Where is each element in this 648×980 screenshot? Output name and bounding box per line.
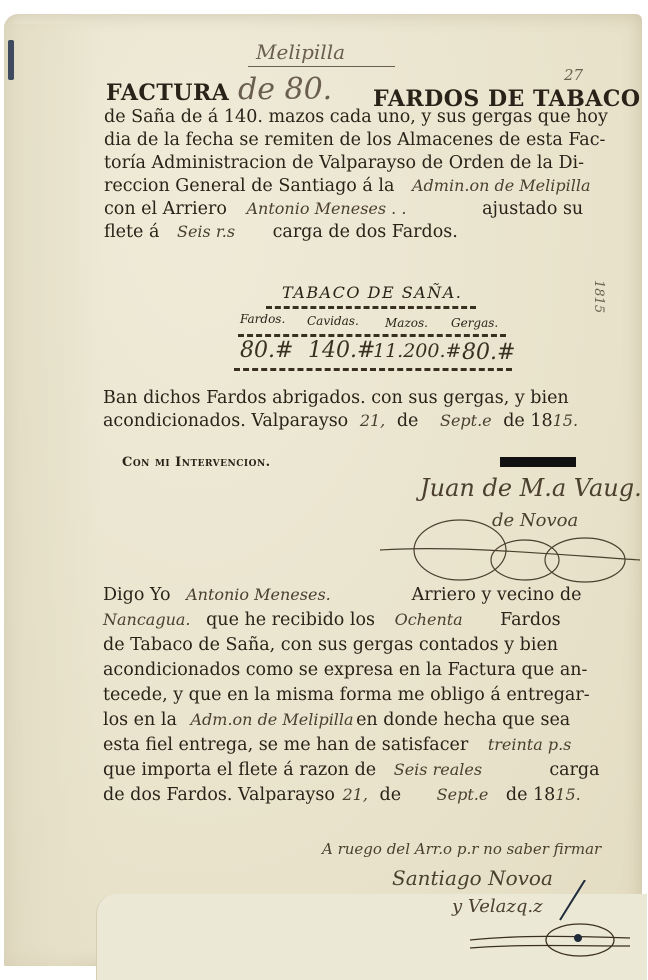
binding-edge bbox=[8, 40, 14, 80]
signature-flourish-2 bbox=[460, 880, 640, 960]
header-mazos: Mazos. bbox=[385, 316, 428, 330]
receipt-line-9: de dos Fardos. Valparayso 21, de Sept.e … bbox=[103, 785, 581, 805]
signature-juan: Juan de M.a Vaug. bbox=[420, 474, 642, 502]
arriero-text: con el Arriero bbox=[104, 199, 227, 219]
condition-line-1: Ban dichos Fardos abrigados. con sus ger… bbox=[103, 388, 569, 408]
value-fardos: 80.# bbox=[240, 338, 293, 363]
month-handwritten: Sept.e bbox=[440, 411, 492, 430]
page-fold-shadow bbox=[4, 24, 104, 966]
table-bottom-rule bbox=[234, 368, 512, 374]
receipt-de-text: de bbox=[380, 785, 402, 805]
table-title-rule bbox=[266, 306, 476, 312]
receipt-line-2: Nancagua. que he recibido los Ochenta Fa… bbox=[103, 610, 561, 630]
signature-flourish-1 bbox=[380, 500, 648, 590]
header-gergas: Gergas. bbox=[451, 316, 498, 330]
receipt-line-5: tecede, y que en la misma forma me oblig… bbox=[103, 685, 590, 705]
invoice-line-6: flete á Seis r.s carga de dos Fardos. bbox=[104, 222, 458, 242]
margin-note-melipilla: Melipilla bbox=[248, 40, 395, 67]
acondicionados-text: acondicionados. Valparayso bbox=[103, 411, 348, 431]
year-prefix: de 18 bbox=[503, 411, 552, 431]
receipt-line-6: los en la Adm.on de Melipilla en donde h… bbox=[103, 710, 570, 730]
destination-handwritten: Admin.on de Melipilla bbox=[412, 176, 591, 195]
receipt-line-4: acondicionados como se expresa en la Fac… bbox=[103, 660, 587, 680]
day-handwritten: 21, bbox=[360, 411, 385, 430]
invoice-line-2: dia de la fecha se remiten de los Almace… bbox=[104, 130, 605, 150]
invoice-title-prefix: FACTURA bbox=[106, 80, 229, 106]
redacted-name bbox=[500, 457, 576, 467]
fardos-text: Fardos bbox=[500, 610, 560, 630]
folio-number: 27 bbox=[564, 66, 583, 84]
value-mazos: 11.200.# bbox=[373, 340, 461, 362]
value-gergas: 80.# bbox=[462, 340, 515, 365]
receipt-day-handwritten: 21, bbox=[342, 785, 367, 804]
recibido-text: que he recibido los bbox=[206, 610, 375, 630]
receipt-line-8: que importa el flete á razon de Seis rea… bbox=[103, 760, 600, 780]
carga-text: carga de dos Fardos. bbox=[273, 222, 458, 242]
header-fardos: Fardos. bbox=[240, 312, 285, 326]
entrega-text: esta fiel entrega, se me han de satisfac… bbox=[103, 735, 468, 755]
de-text: de bbox=[397, 411, 419, 431]
flete-text: flete á bbox=[104, 222, 159, 242]
receipt-year-prefix: de 18 bbox=[506, 785, 555, 805]
receipt-year-handwritten: 15. bbox=[555, 785, 580, 804]
arriero-name-handwritten: Antonio Meneses . . bbox=[247, 199, 477, 218]
importa-text: que importa el flete á razon de bbox=[103, 760, 376, 780]
direccion-text: reccion General de Santiago á la bbox=[104, 176, 394, 196]
rate-handwritten: Seis reales bbox=[394, 760, 544, 779]
quantity-word-handwritten: Ochenta bbox=[395, 610, 495, 629]
receipt-arriero-handwritten: Antonio Meneses. bbox=[186, 585, 406, 604]
invoice-line-5: con el Arriero Antonio Meneses . . ajust… bbox=[104, 199, 583, 219]
condition-line-2: acondicionados. Valparayso 21, de Sept.e… bbox=[103, 411, 578, 431]
side-note-year: 1815 bbox=[591, 280, 606, 313]
receipt-line-3: de Tabaco de Saña, con sus gergas contad… bbox=[103, 635, 558, 655]
los-en-la-text: los en la bbox=[103, 710, 177, 730]
delivery-place-handwritten: Adm.on de Melipilla bbox=[190, 710, 350, 729]
invoice-line-4: reccion General de Santiago á la Admin.o… bbox=[104, 176, 591, 196]
en-donde-text: en donde hecha que sea bbox=[356, 710, 570, 730]
value-cavidas: 140.# bbox=[308, 338, 375, 363]
digo-yo-text: Digo Yo bbox=[103, 585, 171, 605]
ajustado-text: ajustado su bbox=[482, 199, 583, 219]
flete-handwritten: Seis r.s bbox=[177, 222, 267, 241]
header-cavidas: Cavidas. bbox=[307, 314, 359, 328]
receipt-month-handwritten: Sept.e bbox=[437, 785, 489, 804]
invoice-line-3: toría Administracion de Valparayso de Or… bbox=[104, 153, 584, 173]
intervention-label: Con mi Intervencion. bbox=[122, 455, 271, 470]
receipt-line-7: esta fiel entrega, se me han de satisfac… bbox=[103, 735, 571, 755]
invoice-line-1: de Saña de á 140. mazos cada uno, y sus … bbox=[104, 107, 608, 127]
arriero-vecino-text: Arriero y vecino de bbox=[412, 585, 582, 605]
closing-note-handwritten: A ruego del Arr.o p.r no saber firmar bbox=[322, 840, 601, 858]
dos-fardos-text: de dos Fardos. Valparayso bbox=[103, 785, 335, 805]
town-handwritten: Nancagua. bbox=[103, 610, 191, 629]
year-handwritten: 15. bbox=[553, 411, 578, 430]
table-title: TABACO DE SAÑA. bbox=[282, 283, 462, 302]
carga-text-2: carga bbox=[549, 760, 599, 780]
invoice-quantity-handwritten: de 80. bbox=[238, 72, 332, 107]
receipt-line-1: Digo Yo Antonio Meneses. Arriero y vecin… bbox=[103, 585, 581, 605]
amount-handwritten: treinta p.s bbox=[488, 735, 572, 754]
